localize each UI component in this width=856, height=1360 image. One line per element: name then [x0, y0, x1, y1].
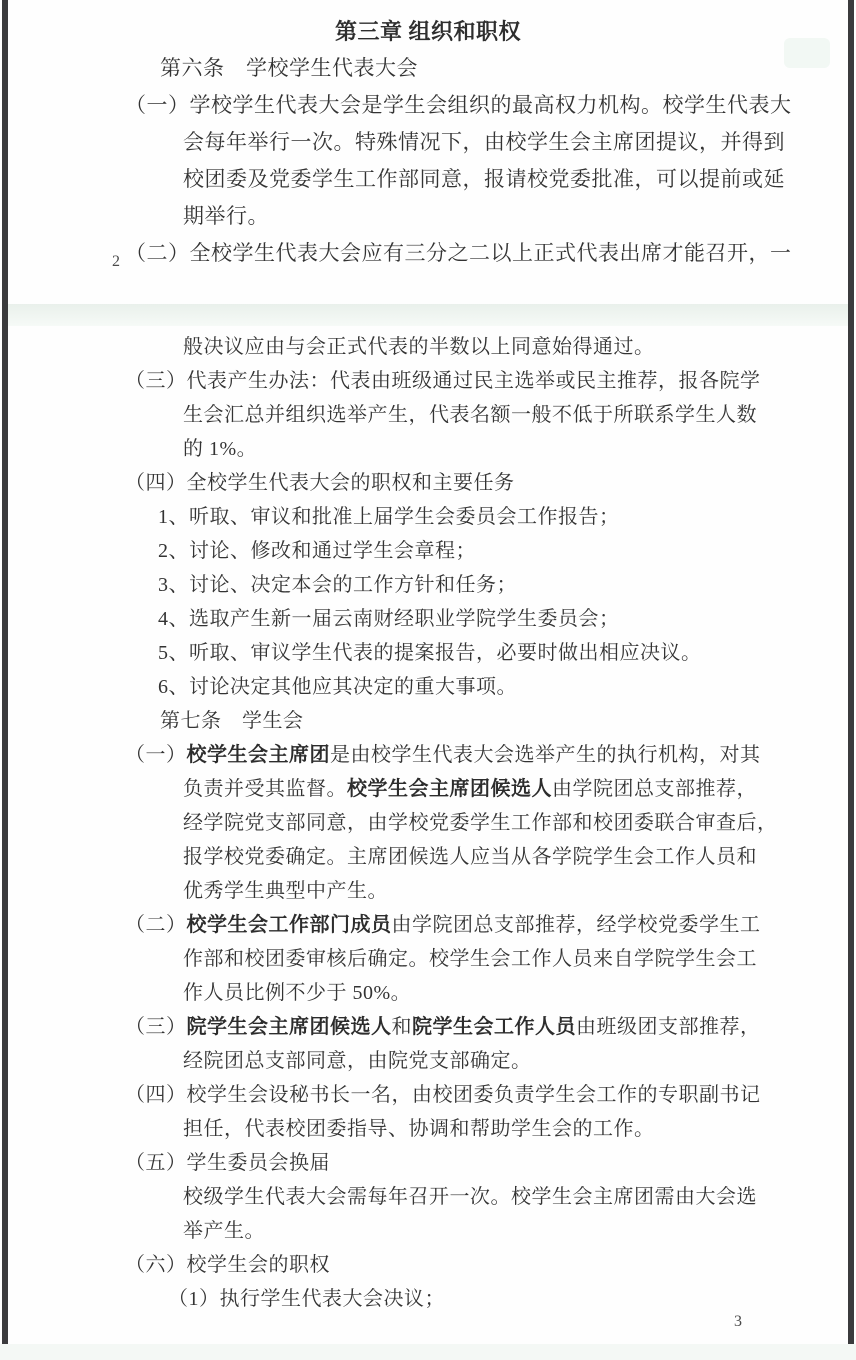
- text-line: 会每年举行一次。特殊情况下，由校学生会主席团提议，并得到: [8, 124, 848, 161]
- bold-text: 校学生会工作部门成员: [187, 914, 392, 936]
- text: 般决议应由与会正式代表的半数以上同意始得通过。: [183, 336, 655, 358]
- text: （一）: [125, 744, 187, 766]
- text: 优秀学生典型中产生。: [183, 880, 388, 902]
- text: 经学院党支部同意，由学校党委学生工作部和校团委联合审查后，: [183, 812, 778, 834]
- bottom-edge-strip: [0, 1344, 856, 1360]
- text-line: 5、听取、审议学生代表的提案报告，必要时做出相应决议。: [8, 636, 848, 670]
- page-2: 第三章 组织和职权第六条 学校学生代表大会（一）学校学生代表大会是学生会组织的最…: [8, 3, 848, 314]
- text: 2、讨论、修改和通过学生会章程；: [158, 540, 476, 562]
- text-line: （四）校学生会设秘书长一名，由校团委负责学生会工作的专职副书记: [8, 1078, 848, 1112]
- text-line: 担任，代表校团委指导、协调和帮助学生会的工作。: [8, 1112, 848, 1146]
- text-line: 第三章 组织和职权: [8, 13, 848, 50]
- text-line: 校级学生代表大会需每年召开一次。校学生会主席团需由大会选: [8, 1180, 848, 1214]
- text-line: 1、听取、审议和批准上届学生会委员会工作报告；: [8, 500, 848, 534]
- text-line: （三）院学生会主席团候选人和院学生会工作人员由班级团支部推荐，: [8, 1010, 848, 1044]
- text-line: 负责并受其监督。校学生会主席团候选人由学院团总支部推荐，: [8, 772, 848, 806]
- text: 由班级团支部推荐，: [576, 1016, 761, 1038]
- text: （二）全校学生代表大会应有三分之二以上正式代表出席才能召开，一: [125, 241, 792, 265]
- text-line: 举产生。: [8, 1214, 848, 1248]
- text: 第七条 学生会: [160, 710, 304, 732]
- text-line: 3、讨论、决定本会的工作方针和任务；: [8, 568, 848, 602]
- text: 校级学生代表大会需每年召开一次。校学生会主席团需由大会选: [183, 1186, 757, 1208]
- text-line: 4、选取产生新一届云南财经职业学院学生委员会；: [8, 602, 848, 636]
- text: 6、讨论决定其他应其决定的重大事项。: [158, 676, 517, 698]
- text: （四）校学生会设秘书长一名，由校团委负责学生会工作的专职副书记: [125, 1084, 761, 1106]
- text: 经院团总支部同意，由院党支部确定。: [183, 1050, 532, 1072]
- text: 5、听取、审议学生代表的提案报告，必要时做出相应决议。: [158, 642, 702, 664]
- page-3: 般决议应由与会正式代表的半数以上同意始得通过。（三）代表产生办法：代表由班级通过…: [8, 326, 848, 1348]
- text: （1）执行学生代表大会决议；: [168, 1288, 445, 1310]
- text-line: 第七条 学生会: [8, 704, 848, 738]
- text: （五）学生委员会换届: [125, 1152, 330, 1174]
- bold-text: 校学生会主席团候选人: [347, 778, 552, 800]
- text-line: 作人员比例不少于 50%。: [8, 976, 848, 1010]
- text-line: 校团委及党委学生工作部同意，报请校党委批准，可以提前或延: [8, 161, 848, 198]
- text-line: 期举行。: [8, 198, 848, 235]
- text: （六）校学生会的职权: [125, 1254, 330, 1276]
- text: 会每年举行一次。特殊情况下，由校学生会主席团提议，并得到: [183, 130, 785, 154]
- text-line: 6、讨论决定其他应其决定的重大事项。: [8, 670, 848, 704]
- right-edge-bar: [848, 0, 854, 1344]
- text-line: （四）全校学生代表大会的职权和主要任务: [8, 466, 848, 500]
- text-line: （一）校学生会主席团是由校学生代表大会选举产生的执行机构，对其: [8, 738, 848, 772]
- text: 报学校党委确定。主席团候选人应当从各学院学生会工作人员和: [183, 846, 757, 868]
- text-line: （五）学生委员会换届: [8, 1146, 848, 1180]
- text: 期举行。: [183, 204, 269, 228]
- text: 校团委及党委学生工作部同意，报请校党委批准，可以提前或延: [183, 167, 785, 191]
- text: （三）代表产生办法：代表由班级通过民主选举或民主推荐，报各院学: [125, 370, 761, 392]
- text: 第三章 组织和职权: [335, 19, 521, 44]
- text-line: 的 1%。: [8, 432, 848, 466]
- text: （二）: [125, 914, 187, 936]
- text-line: （二）全校学生代表大会应有三分之二以上正式代表出席才能召开，一: [8, 235, 848, 272]
- text: 3、讨论、决定本会的工作方针和任务；: [158, 574, 517, 596]
- text-line: （二）校学生会工作部门成员由学院团总支部推荐，经学校党委学生工: [8, 908, 848, 942]
- text-line: 第六条 学校学生代表大会: [8, 50, 848, 87]
- text: （三）: [125, 1016, 187, 1038]
- text: 的 1%。: [183, 438, 257, 460]
- left-edge-bar: [2, 0, 8, 1344]
- text: 举产生。: [183, 1220, 265, 1242]
- text-line: 报学校党委确定。主席团候选人应当从各学院学生会工作人员和: [8, 840, 848, 874]
- text: 第六条 学校学生代表大会: [160, 56, 418, 80]
- text: （四）全校学生代表大会的职权和主要任务: [125, 472, 515, 494]
- text-line: （一）学校学生代表大会是学生会组织的最高权力机构。校学生代表大: [8, 87, 848, 124]
- text-line: 经院团总支部同意，由院党支部确定。: [8, 1044, 848, 1078]
- text: 作部和校团委审核后确定。校学生会工作人员来自学院学生会工: [183, 948, 757, 970]
- text-line: 生会汇总并组织选举产生，代表名额一般不低于所联系学生人数: [8, 398, 848, 432]
- text: 1、听取、审议和批准上届学生会委员会工作报告；: [158, 506, 620, 528]
- text-line: （1）执行学生代表大会决议；: [8, 1282, 848, 1316]
- text: 由学院团总支部推荐，经学校党委学生工: [392, 914, 761, 936]
- text: 是由校学生代表大会选举产生的执行机构，对其: [330, 744, 761, 766]
- text-line: 般决议应由与会正式代表的半数以上同意始得通过。: [8, 330, 848, 364]
- text-line: 2、讨论、修改和通过学生会章程；: [8, 534, 848, 568]
- page-number-3: 3: [734, 1314, 742, 1330]
- text-line: （六）校学生会的职权: [8, 1248, 848, 1282]
- text: 作人员比例不少于 50%。: [183, 982, 411, 1004]
- text-line: 优秀学生典型中产生。: [8, 874, 848, 908]
- text: 4、选取产生新一届云南财经职业学院学生委员会；: [158, 608, 620, 630]
- text: 担任，代表校团委指导、协调和帮助学生会的工作。: [183, 1118, 655, 1140]
- text: 负责并受其监督。: [183, 778, 347, 800]
- bold-text: 院学生会工作人员: [412, 1016, 576, 1038]
- bold-text: 院学生会主席团候选人: [187, 1016, 392, 1038]
- text-line: （三）代表产生办法：代表由班级通过民主选举或民主推荐，报各院学: [8, 364, 848, 398]
- document-photo: 第三章 组织和职权第六条 学校学生代表大会（一）学校学生代表大会是学生会组织的最…: [0, 0, 856, 1360]
- text-line: 作部和校团委审核后确定。校学生会工作人员来自学院学生会工: [8, 942, 848, 976]
- text: 由学院团总支部推荐，: [552, 778, 757, 800]
- text: （一）学校学生代表大会是学生会组织的最高权力机构。校学生代表大: [125, 93, 792, 117]
- text: 生会汇总并组织选举产生，代表名额一般不低于所联系学生人数: [183, 404, 757, 426]
- page-number-2: 2: [112, 254, 120, 270]
- text-line: 经学院党支部同意，由学校党委学生工作部和校团委联合审查后，: [8, 806, 848, 840]
- bold-text: 校学生会主席团: [187, 744, 331, 766]
- text: 和: [392, 1016, 413, 1038]
- page-break-band: [8, 304, 848, 326]
